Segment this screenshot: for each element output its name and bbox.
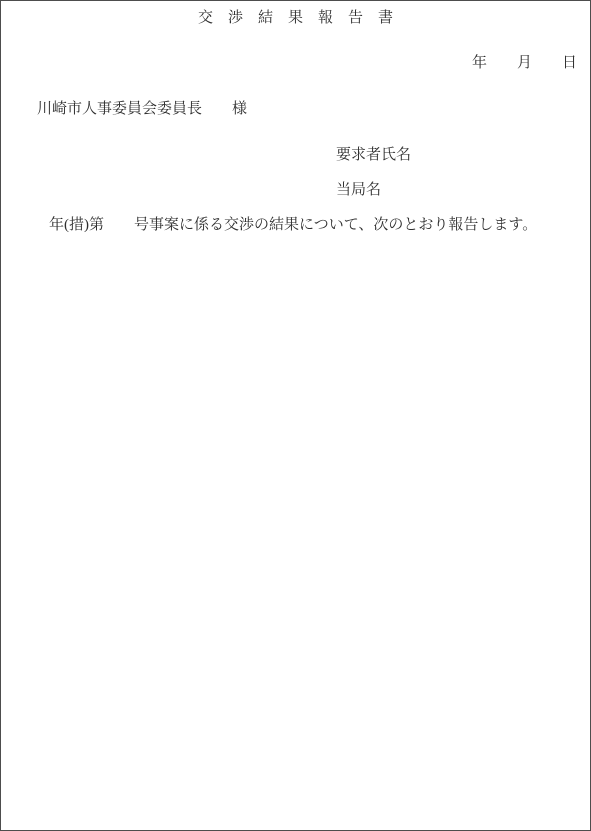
- requester-name-label: 要求者氏名: [336, 147, 411, 164]
- addressee-line: 川崎市人事委員会委員長 様: [37, 101, 247, 118]
- report-body-sentence: 年(措)第 号事案に係る交渉の結果について、次のとおり報告します。: [49, 217, 570, 234]
- report-document-page: 交 渉 結 果 報 告 書 年 月 日 川崎市人事委員会委員長 様 要求者氏名 …: [0, 0, 591, 831]
- document-title: 交 渉 結 果 報 告 書: [1, 9, 590, 27]
- authority-name-label: 当局名: [336, 182, 381, 199]
- date-line: 年 月 日: [472, 55, 577, 72]
